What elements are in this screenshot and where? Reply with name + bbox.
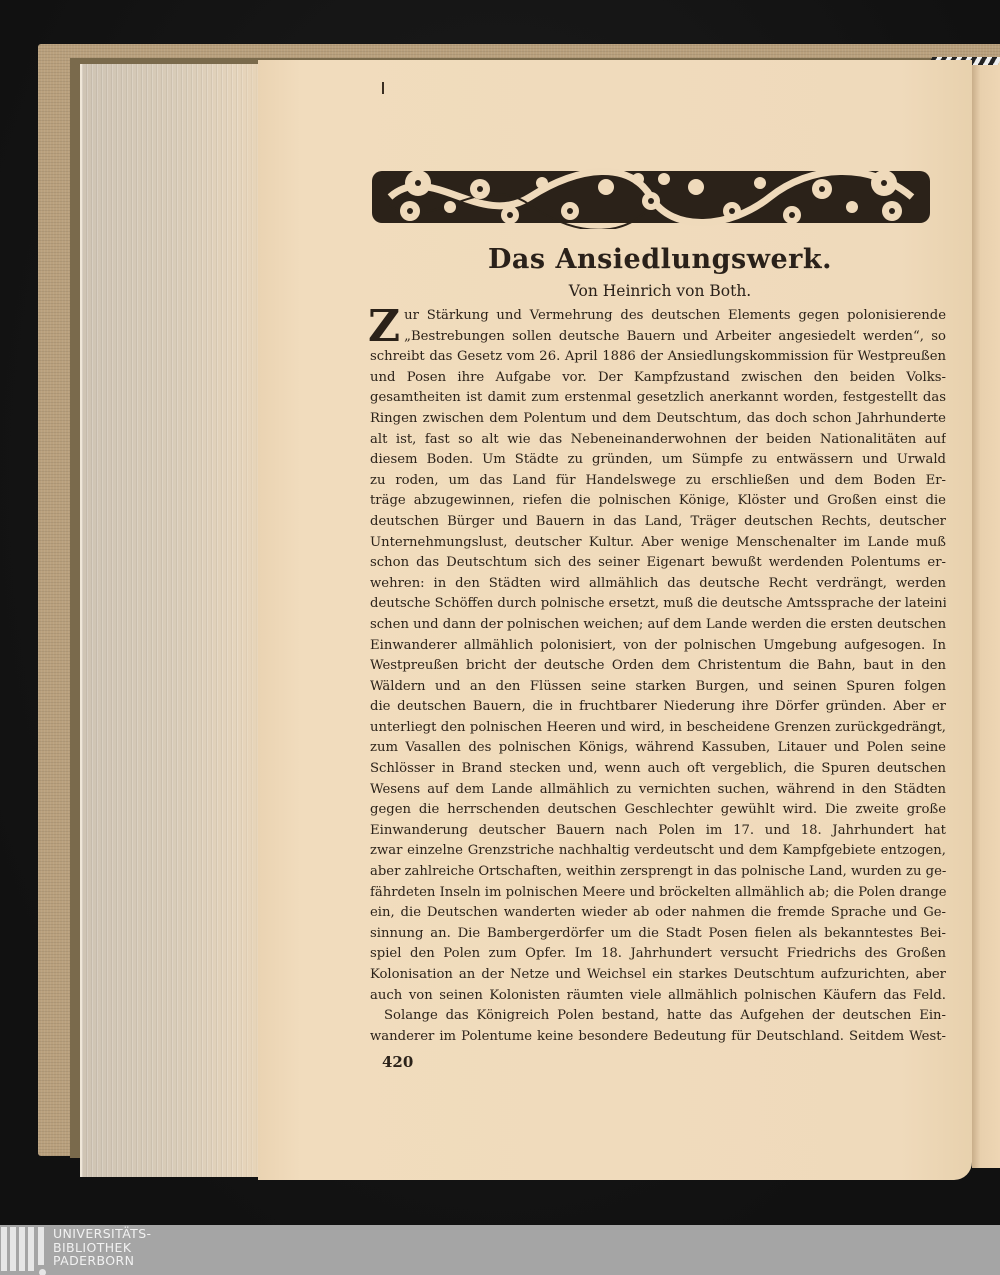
text-line: träge abzugewinnen, riefen die polnische…	[370, 491, 946, 512]
text-line: unterliegt den polnischen Heeren und wir…	[370, 718, 946, 739]
text-line: ur Stärkung und Vermehrung des deutschen…	[404, 306, 946, 327]
text-line: gesamtheiten ist damit zum erstenmal ges…	[370, 388, 946, 409]
text-line: „Bestrebungen sollen deutsche Bauern und…	[404, 327, 946, 348]
article-title: Das Ansiedlungswerk.	[360, 244, 960, 275]
library-logo-icon	[0, 1225, 48, 1275]
logo-line: PADERBORN	[53, 1254, 151, 1268]
text-line: sinnung an. Die Bambergerdörfer um die S…	[370, 924, 946, 945]
library-footer-bar: UNIVERSITÄTS- BIBLIOTHEK PADERBORN	[0, 1225, 1000, 1275]
text-line: Westpreußen bricht der deutsche Orden de…	[370, 656, 946, 677]
text-line: zu roden, um das Land für Handelswege zu…	[370, 471, 946, 492]
text-line: Unternehmungslust, deutscher Kultur. Abe…	[370, 533, 946, 554]
floral-ornament-icon	[370, 165, 932, 229]
article-byline: Von Heinrich von Both.	[360, 282, 960, 300]
text-line: deutsche Schöffen durch polnische ersetz…	[370, 594, 946, 615]
text-line: schon das Deutschtum sich des seiner Eig…	[370, 553, 946, 574]
facing-page-edge	[972, 60, 1000, 1168]
text-line: Ringen zwischen dem Polentum und dem Deu…	[370, 409, 946, 430]
text-line: alt ist, fast so alt wie das Nebeneinand…	[370, 430, 946, 451]
text-line: Kolonisation an der Netze und Weichsel e…	[370, 965, 946, 986]
text-line: Solange das Königreich Polen bestand, ha…	[370, 1006, 946, 1027]
text-line: schreibt das Gesetz vom 26. April 1886 d…	[370, 347, 946, 368]
page-mark	[382, 82, 384, 94]
text-line: Schlösser in Brand stecken und, wenn auc…	[370, 759, 946, 780]
text-line: wanderer im Polentume keine besondere Be…	[370, 1027, 946, 1048]
text-line: gegen die herrschenden deutschen Geschle…	[370, 800, 946, 821]
logo-line: UNIVERSITÄTS-	[53, 1227, 151, 1241]
text-line: fährdeten Inseln im polnischen Meere und…	[370, 883, 946, 904]
text-line: Einwanderer allmählich polonisiert, von …	[370, 636, 946, 657]
text-line: die deutschen Bauern, die in fruchtbarer…	[370, 697, 946, 718]
text-line: aber zahlreiche Ortschaften, weithin zer…	[370, 862, 946, 883]
text-line: auch von seinen Kolonisten räumten viele…	[370, 986, 946, 1007]
page-number: 420	[382, 1053, 413, 1071]
text-line: deutschen Bürger und Bauern in das Land,…	[370, 512, 946, 533]
library-logo-text: UNIVERSITÄTS- BIBLIOTHEK PADERBORN	[53, 1227, 151, 1268]
text-line: Einwanderung deutscher Bauern nach Polen…	[370, 821, 946, 842]
drop-cap: Z	[368, 308, 400, 346]
text-line: und Posen ihre Aufgabe vor. Der Kampfzus…	[370, 368, 946, 389]
page-stack-edges	[80, 64, 260, 1177]
text-line: schen und dann der polnischen weichen; a…	[370, 615, 946, 636]
text-line: zwar einzelne Grenzstriche nachhaltig ve…	[370, 841, 946, 862]
text-line: zum Vasallen des polnischen Königs, währ…	[370, 738, 946, 759]
article-body: Z ur Stärkung und Vermehrung des deutsch…	[370, 306, 946, 1047]
logo-line: BIBLIOTHEK	[53, 1241, 151, 1255]
page-stack-shadow	[238, 64, 260, 1177]
text-line: wehren: in den Städten wird allmählich d…	[370, 574, 946, 595]
text-line: Wäldern und an den Flüssen seine starken…	[370, 677, 946, 698]
text-line: Wesens auf dem Lande allmählich zu verni…	[370, 780, 946, 801]
text-line: spiel den Polen zum Opfer. Im 18. Jahrhu…	[370, 944, 946, 965]
text-line: ein, die Deutschen wanderten wieder ab o…	[370, 903, 946, 924]
text-line: diesem Boden. Um Städte zu gründen, um S…	[370, 450, 946, 471]
